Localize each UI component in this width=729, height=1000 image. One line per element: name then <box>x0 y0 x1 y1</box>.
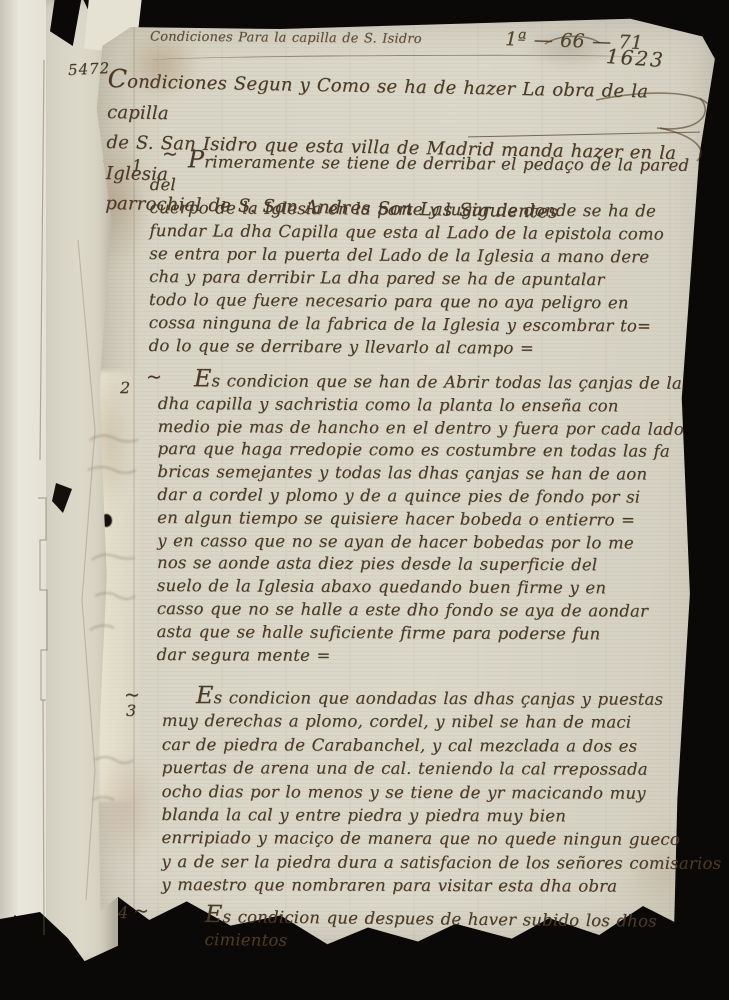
item-3-number: ~ 3 <box>126 701 136 720</box>
manuscript-text-line: enrripiado y maciço de manera que no que… <box>161 826 721 851</box>
manuscript-text-line: dar a cordel y plomo y de a quince pies … <box>157 484 717 510</box>
year-annotation: 1623 <box>605 44 665 72</box>
item-1-number: ~ 1 <box>132 156 142 175</box>
manuscript-text-line: nos se aonde asta diez pies desde la sup… <box>157 552 717 578</box>
manuscript-text-line: para que haga rredopie como es costumbre… <box>158 438 718 464</box>
manuscript-text-line: en algun tiempo se quisiere hacer bobeda… <box>157 507 717 533</box>
manuscript-text-line: Es condicion que aondadas las dhas çanja… <box>162 684 722 711</box>
binding-page-edge-outer <box>0 0 54 958</box>
item-4-text: Es condicion que despues de haver subido… <box>204 903 724 956</box>
archive-number: 5472 <box>68 59 111 79</box>
manuscript-text-line: bricas semejantes y todas las dhas çanja… <box>157 461 717 487</box>
item-4-number: 4 ~ <box>118 903 128 922</box>
item-3-text: Es condicion que aondadas las dhas çanja… <box>161 684 722 899</box>
item-1-text: Primeramente se tiene de derribar el ped… <box>149 148 716 361</box>
manuscript-text-line: suelo de la Iglesia abaxo quedando buen … <box>157 575 717 601</box>
item-2-number: ~ 2 <box>120 378 130 397</box>
manuscript-text-line: Es condicion que despues de haver subido… <box>204 903 724 956</box>
item-number-label: 4 <box>118 903 128 922</box>
manuscript-text-line: Es condicion que se han de Abrir todas l… <box>158 367 718 396</box>
manuscript-text-line: dar segura mente = <box>156 644 716 670</box>
paraph-flourish: ~ <box>133 900 149 922</box>
manuscript-text-line: ocho dias por lo menos y se tiene de yr … <box>162 780 722 805</box>
manuscript-text-line: Condiciones Segun y Como se ha de hazer … <box>107 64 714 140</box>
manuscript-text-line: blanda la cal y entre piedra y piedra mu… <box>162 803 722 828</box>
manuscript-text-line: muy derechas a plomo, cordel, y nibel se… <box>162 709 722 734</box>
manuscript-text-line: Primeramente se tiene de derribar el ped… <box>150 148 716 200</box>
item-number-label: 2 <box>120 378 130 397</box>
manuscript-text-line: casso que no se halle a este dho fondo s… <box>157 598 717 624</box>
item-2-text: Es condicion que se han de Abrir todas l… <box>156 367 718 669</box>
manuscript-text-line: asta que se halle suficiente firme para … <box>157 621 717 647</box>
manuscript-text-line: dha capilla y sachristia como la planta … <box>158 393 718 419</box>
archival-note: Condiciones Para la capilla de S. Isidro <box>150 29 510 47</box>
manuscript-text-line: do lo que se derribare y llevarlo al cam… <box>149 334 715 361</box>
manuscript-text-line: puertas de arena una de cal. teniendo la… <box>162 756 722 781</box>
manuscript-text-line: car de piedra de Carabanchel, y cal mezc… <box>162 733 722 758</box>
manuscript-scan: Condiciones Para la capilla de S. Isidro… <box>0 0 729 1000</box>
item-number-label: 1 <box>132 156 142 175</box>
manuscript-text-line: y maestro que nombraren para visitar est… <box>161 873 721 898</box>
paraph-flourish: ~ <box>124 684 140 706</box>
manuscript-text-line: y a de ser la piedra dura a satisfacion … <box>161 850 721 875</box>
manuscript-text-line: medio pie mas de hancho en el dentro y f… <box>158 416 718 442</box>
paper-stain <box>91 751 163 863</box>
manuscript-text-line: y en casso que no se ayan de hacer bobed… <box>157 530 717 556</box>
